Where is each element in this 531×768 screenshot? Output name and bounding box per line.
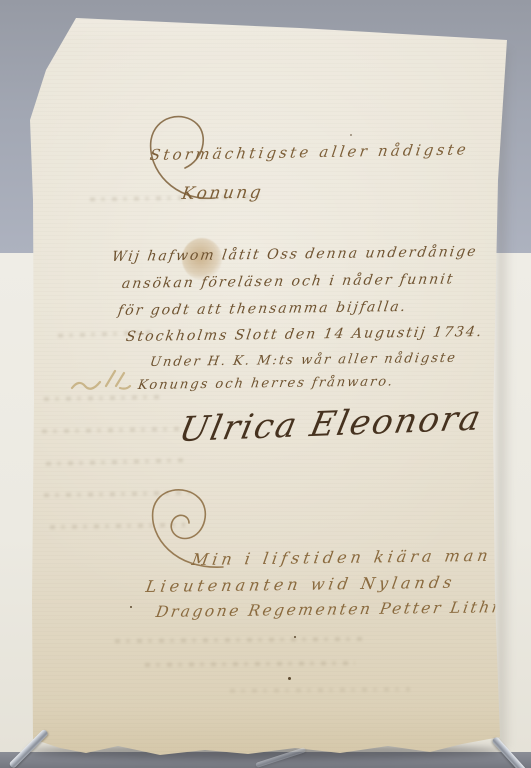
paper-speck [130, 606, 132, 608]
paper-speck [294, 636, 296, 638]
ink-bleed-mark [68, 362, 134, 398]
paper-speck [288, 677, 291, 680]
photograph-of-manuscript: Stormächtigste aller nådigste Konung Wij… [0, 0, 531, 768]
paper-speck [350, 134, 352, 136]
salutation-line-2: Konung [181, 183, 265, 204]
manuscript-paper: Stormächtigste aller nådigste Konung Wij… [0, 0, 531, 768]
